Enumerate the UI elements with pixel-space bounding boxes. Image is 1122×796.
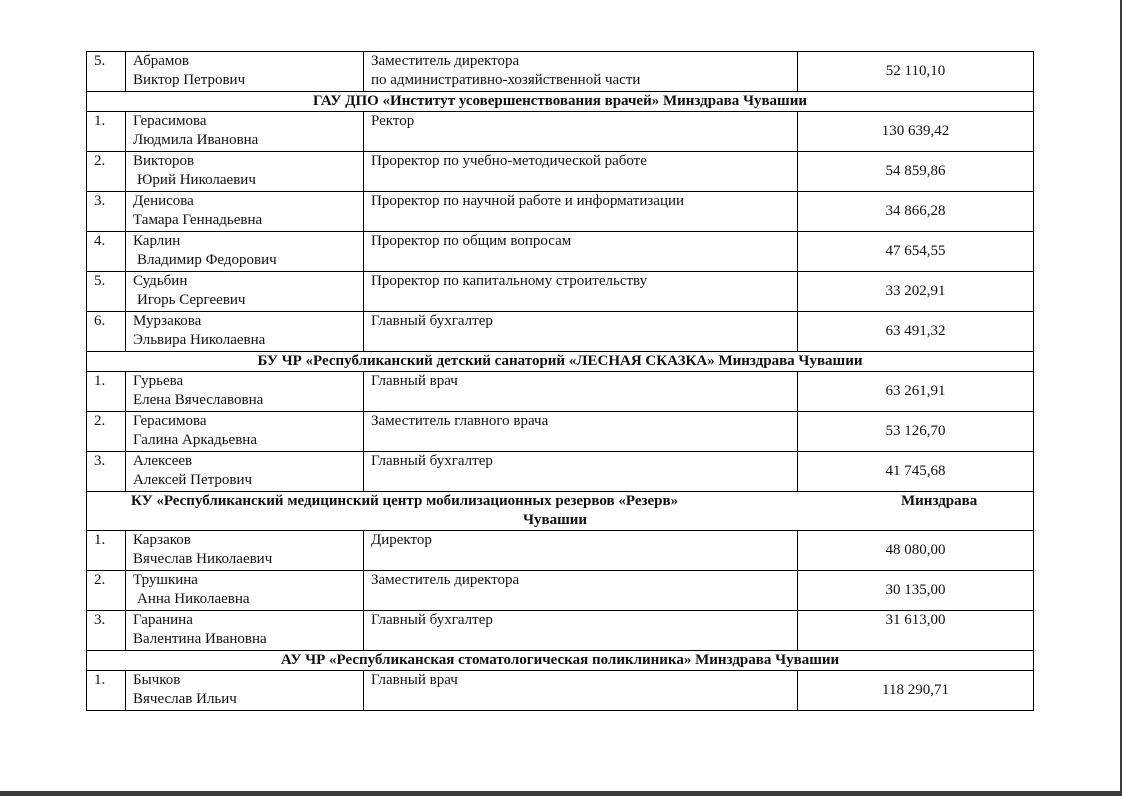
employee-name: АбрамовВиктор Петрович <box>126 52 364 92</box>
salary-value: 41 745,68 <box>798 452 1034 492</box>
table-row: 2.ВикторовЮрий НиколаевичПроректор по уч… <box>87 152 1034 192</box>
position: Проректор по капитальному строительству <box>364 272 798 312</box>
last-name: Карлин <box>133 232 363 251</box>
document-page: 5.АбрамовВиктор ПетровичЗаместитель дире… <box>0 0 1120 791</box>
employee-name: КарлинВладимир Федорович <box>126 232 364 272</box>
row-number: 6. <box>87 312 126 352</box>
salary-value: 33 202,91 <box>798 272 1034 312</box>
organization-title: КУ «Республиканский медицинский центр мо… <box>87 492 1034 531</box>
row-number: 5. <box>87 52 126 92</box>
employee-name: ГерасимоваЛюдмила Ивановна <box>126 112 364 152</box>
first-name: Людмила Ивановна <box>133 131 363 150</box>
row-number: 1. <box>87 372 126 412</box>
table-row: 6.МурзаковаЭльвира НиколаевнаГлавный бух… <box>87 312 1034 352</box>
position-line: Главный врач <box>371 671 797 690</box>
position: Заместитель директора <box>364 571 798 611</box>
position: Главный врач <box>364 372 798 412</box>
employee-name: БычковВячеслав Ильич <box>126 671 364 711</box>
position-line: по административно-хозяйственной части <box>371 71 797 90</box>
position: Ректор <box>364 112 798 152</box>
first-name: Анна Николаевна <box>133 590 363 609</box>
first-name: Эльвира Николаевна <box>133 331 363 350</box>
first-name: Валентина Ивановна <box>133 630 363 649</box>
first-name: Игорь Сергеевич <box>133 291 363 310</box>
table-row: 5.СудьбинИгорь СергеевичПроректор по кап… <box>87 272 1034 312</box>
employee-name: МурзаковаЭльвира Николаевна <box>126 312 364 352</box>
last-name: Алексеев <box>133 452 363 471</box>
salary-table: 5.АбрамовВиктор ПетровичЗаместитель дире… <box>86 51 1034 711</box>
employee-name: КарзаковВячеслав Николаевич <box>126 531 364 571</box>
position: Директор <box>364 531 798 571</box>
last-name: Мурзакова <box>133 312 363 331</box>
last-name: Герасимова <box>133 412 363 431</box>
position: Главный бухгалтер <box>364 312 798 352</box>
row-number: 4. <box>87 232 126 272</box>
row-number: 1. <box>87 531 126 571</box>
position-line: Заместитель главного врача <box>371 412 797 431</box>
table-row: 5.АбрамовВиктор ПетровичЗаместитель дире… <box>87 52 1034 92</box>
position-line: Главный бухгалтер <box>371 312 797 331</box>
last-name: Трушкина <box>133 571 363 590</box>
last-name: Бычков <box>133 671 363 690</box>
last-name: Викторов <box>133 152 363 171</box>
table-row: 2.ТрушкинаАнна НиколаевнаЗаместитель дир… <box>87 571 1034 611</box>
salary-value: 34 866,28 <box>798 192 1034 232</box>
first-name: Вячеслав Ильич <box>133 690 363 709</box>
position: Главный бухгалтер <box>364 452 798 492</box>
salary-value: 63 491,32 <box>798 312 1034 352</box>
first-name: Виктор Петрович <box>133 71 363 90</box>
salary-value: 30 135,00 <box>798 571 1034 611</box>
row-number: 3. <box>87 611 126 651</box>
position-line: Проректор по капитальному строительству <box>371 272 797 291</box>
organization-header-row: КУ «Республиканский медицинский центр мо… <box>87 492 1034 531</box>
last-name: Карзаков <box>133 531 363 550</box>
salary-value: 31 613,00 <box>798 611 1034 651</box>
position-line: Заместитель директора <box>371 52 797 71</box>
table-row: 3.АлексеевАлексей ПетровичГлавный бухгал… <box>87 452 1034 492</box>
table-row: 2.ГерасимоваГалина АркадьевнаЗаместитель… <box>87 412 1034 452</box>
row-number: 2. <box>87 152 126 192</box>
organization-title-part: Чувашии <box>523 511 587 530</box>
employee-name: ДенисоваТамара Геннадьевна <box>126 192 364 232</box>
organization-title-part: КУ «Республиканский медицинский центр мо… <box>131 492 678 511</box>
row-number: 1. <box>87 671 126 711</box>
table-row: 3.ДенисоваТамара ГеннадьевнаПроректор по… <box>87 192 1034 232</box>
employee-name: СудьбинИгорь Сергеевич <box>126 272 364 312</box>
position: Главный бухгалтер <box>364 611 798 651</box>
position-line: Главный бухгалтер <box>371 611 797 630</box>
employee-name: ТрушкинаАнна Николаевна <box>126 571 364 611</box>
position-line: Ректор <box>371 112 797 131</box>
position-line: Проректор по общим вопросам <box>371 232 797 251</box>
last-name: Абрамов <box>133 52 363 71</box>
position-line: Проректор по научной работе и информатиз… <box>371 192 797 211</box>
last-name: Гурьева <box>133 372 363 391</box>
last-name: Денисова <box>133 192 363 211</box>
employee-name: ГаранинаВалентина Ивановна <box>126 611 364 651</box>
position-line: Главный бухгалтер <box>371 452 797 471</box>
salary-value: 54 859,86 <box>798 152 1034 192</box>
first-name: Галина Аркадьевна <box>133 431 363 450</box>
row-number: 2. <box>87 571 126 611</box>
position: Проректор по учебно-методической работе <box>364 152 798 192</box>
position-line: Проректор по учебно-методической работе <box>371 152 797 171</box>
salary-value: 53 126,70 <box>798 412 1034 452</box>
first-name: Елена Вячеславовна <box>133 391 363 410</box>
salary-value: 47 654,55 <box>798 232 1034 272</box>
first-name: Алексей Петрович <box>133 471 363 490</box>
row-number: 3. <box>87 452 126 492</box>
row-number: 5. <box>87 272 126 312</box>
organization-title: БУ ЧР «Республиканский детский санаторий… <box>87 352 1034 372</box>
position-line: Заместитель директора <box>371 571 797 590</box>
organization-title-part: Минздрава <box>901 492 977 511</box>
first-name: Юрий Николаевич <box>133 171 363 190</box>
first-name: Владимир Федорович <box>133 251 363 270</box>
employee-name: ГурьеваЕлена Вячеславовна <box>126 372 364 412</box>
table-row: 1.ГурьеваЕлена ВячеславовнаГлавный врач6… <box>87 372 1034 412</box>
position: Заместитель главного врача <box>364 412 798 452</box>
table-row: 1.КарзаковВячеслав НиколаевичДиректор48 … <box>87 531 1034 571</box>
position: Проректор по научной работе и информатиз… <box>364 192 798 232</box>
row-number: 2. <box>87 412 126 452</box>
first-name: Тамара Геннадьевна <box>133 211 363 230</box>
salary-value: 118 290,71 <box>798 671 1034 711</box>
employee-name: АлексеевАлексей Петрович <box>126 452 364 492</box>
last-name: Судьбин <box>133 272 363 291</box>
organization-title: ГАУ ДПО «Институт усовершенствования вра… <box>87 92 1034 112</box>
position-line: Директор <box>371 531 797 550</box>
employee-name: ГерасимоваГалина Аркадьевна <box>126 412 364 452</box>
table-row: 1.БычковВячеслав ИльичГлавный врач118 29… <box>87 671 1034 711</box>
organization-header-row: АУ ЧР «Республиканская стоматологическая… <box>87 651 1034 671</box>
position: Главный врач <box>364 671 798 711</box>
viewer-bottom-bar <box>0 791 1122 796</box>
first-name: Вячеслав Николаевич <box>133 550 363 569</box>
position-line: Главный врач <box>371 372 797 391</box>
salary-value: 63 261,91 <box>798 372 1034 412</box>
row-number: 3. <box>87 192 126 232</box>
last-name: Герасимова <box>133 112 363 131</box>
row-number: 1. <box>87 112 126 152</box>
position: Проректор по общим вопросам <box>364 232 798 272</box>
salary-value: 130 639,42 <box>798 112 1034 152</box>
organization-title: АУ ЧР «Республиканская стоматологическая… <box>87 651 1034 671</box>
table-row: 4.КарлинВладимир ФедоровичПроректор по о… <box>87 232 1034 272</box>
position: Заместитель директорапо административно-… <box>364 52 798 92</box>
table-row: 1.ГерасимоваЛюдмила ИвановнаРектор130 63… <box>87 112 1034 152</box>
employee-name: ВикторовЮрий Николаевич <box>126 152 364 192</box>
organization-header-row: ГАУ ДПО «Институт усовершенствования вра… <box>87 92 1034 112</box>
table-row: 3.ГаранинаВалентина ИвановнаГлавный бухг… <box>87 611 1034 651</box>
salary-value: 48 080,00 <box>798 531 1034 571</box>
salary-value: 52 110,10 <box>798 52 1034 92</box>
organization-header-row: БУ ЧР «Республиканский детский санаторий… <box>87 352 1034 372</box>
last-name: Гаранина <box>133 611 363 630</box>
